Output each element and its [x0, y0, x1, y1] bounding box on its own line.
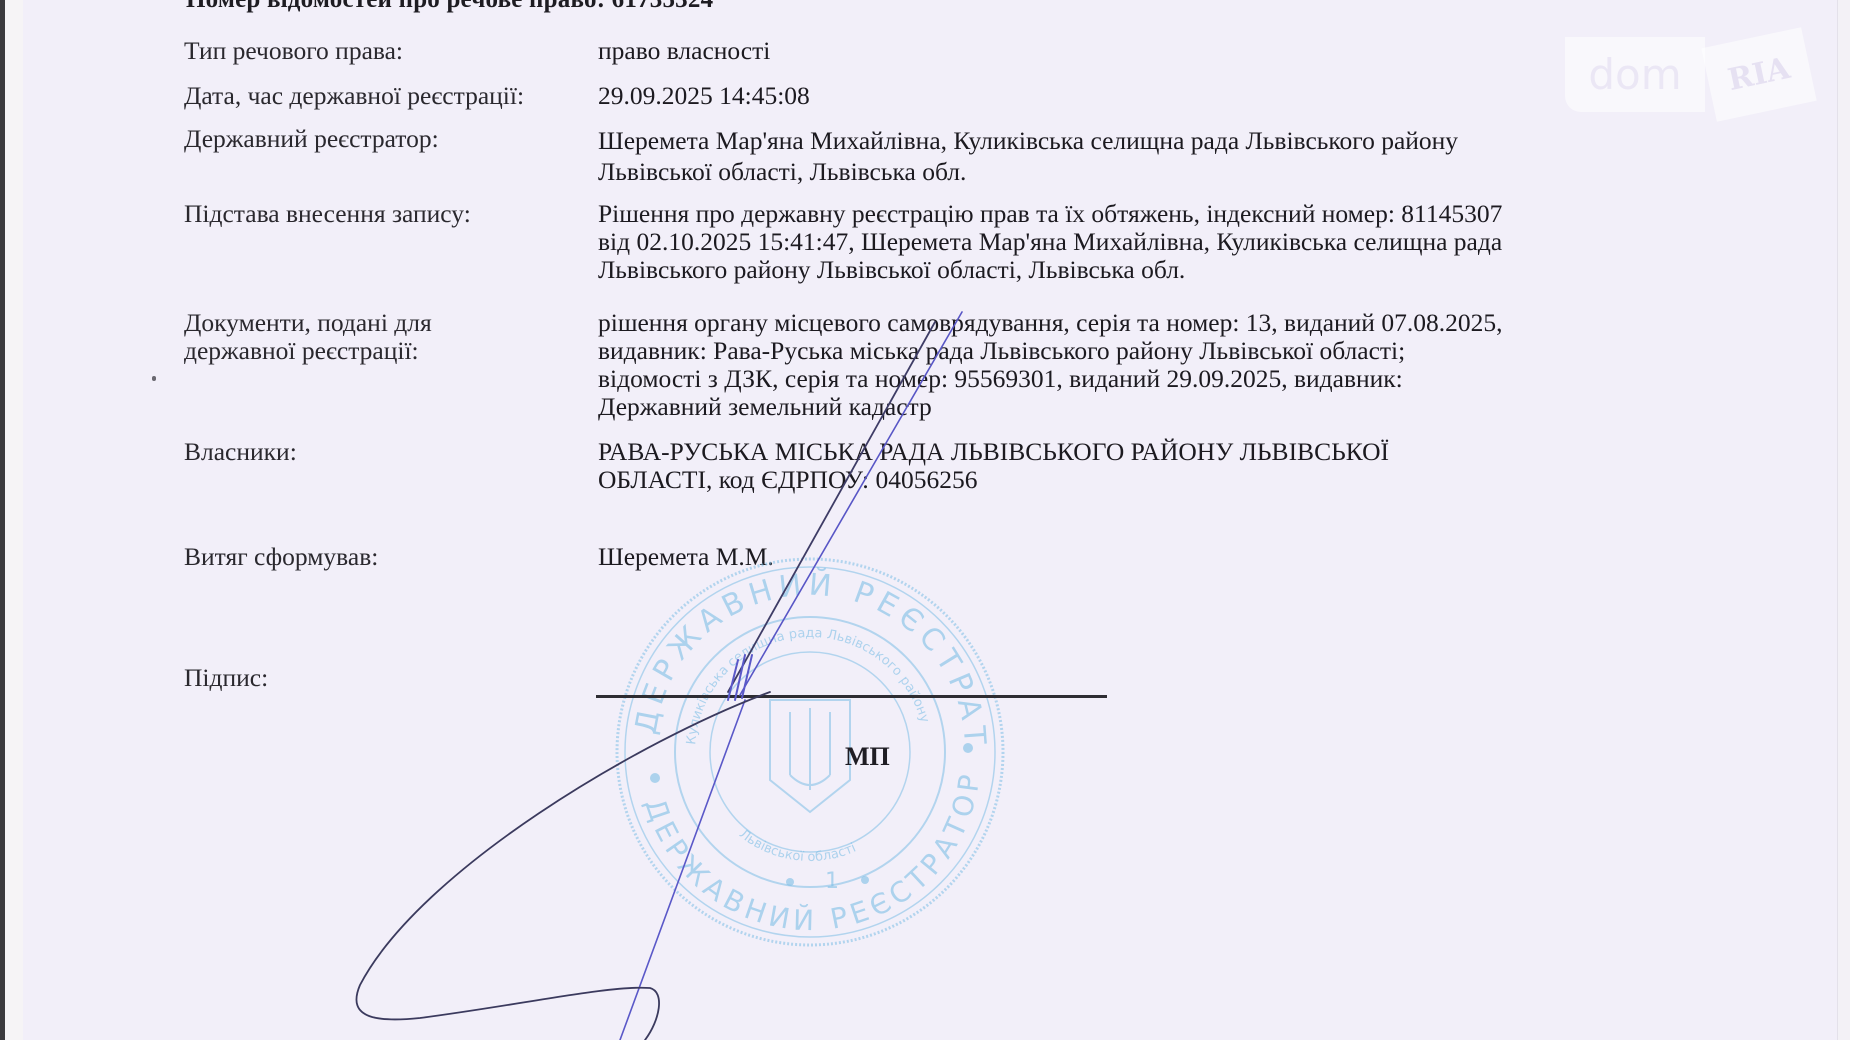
handwritten-signature — [0, 0, 1850, 1040]
document-page: Номер відомостей про речове право: 61735… — [0, 0, 1850, 1040]
